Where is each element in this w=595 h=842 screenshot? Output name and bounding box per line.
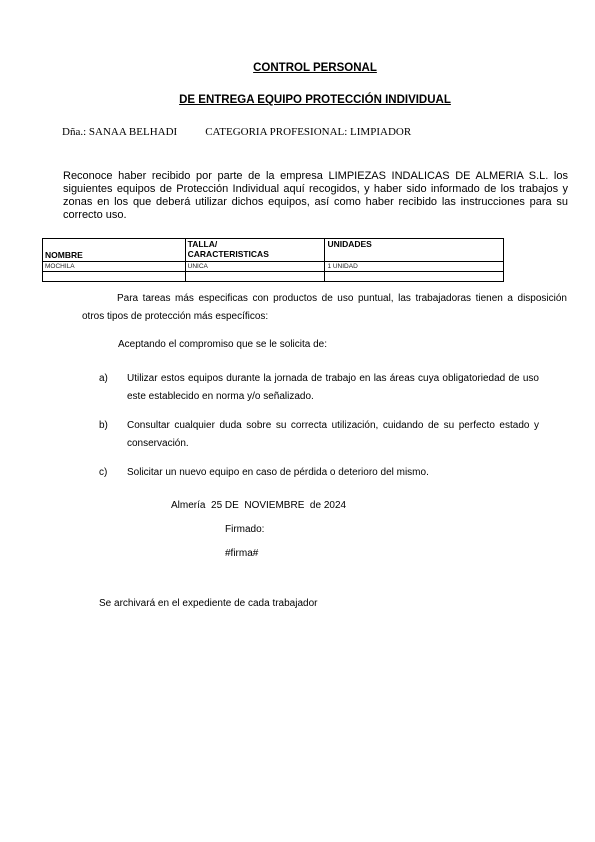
table-row: MOCHILA UNICA 1 UNIDAD xyxy=(43,262,504,272)
document-title: CONTROL PERSONAL xyxy=(0,62,595,74)
cell-unidades xyxy=(325,272,504,282)
archive-note: Se archivará en el expediente de cada tr… xyxy=(99,598,317,609)
commitment-text: Solicitar un nuevo equipo en caso de pér… xyxy=(127,464,539,482)
column-header-nombre: NOMBRE xyxy=(43,239,186,262)
ppe-table: NOMBRE TALLA/CARACTERISTICAS UNIDADES MO… xyxy=(42,238,504,282)
commitment-item-c: c) Solicitar un nuevo equipo en caso de … xyxy=(99,464,539,482)
cell-nombre xyxy=(43,272,186,282)
cell-unidades: 1 UNIDAD xyxy=(325,262,504,272)
column-header-talla-line2: CARACTERISTICAS xyxy=(188,249,269,259)
column-header-talla-line1: TALLA/ xyxy=(188,239,218,249)
cell-nombre: MOCHILA xyxy=(43,262,186,272)
table-row xyxy=(43,272,504,282)
commitment-text: Consultar cualquier duda sobre su correc… xyxy=(127,417,539,453)
intro-paragraph: Reconoce haber recibido por parte de la … xyxy=(63,170,568,222)
document-page: CONTROL PERSONAL DE ENTREGA EQUIPO PROTE… xyxy=(0,0,595,842)
cell-talla: UNICA xyxy=(185,262,325,272)
worker-category: CATEGORIA PROFESIONAL: LIMPIADOR xyxy=(205,126,411,138)
commitment-label: c) xyxy=(99,464,107,482)
cell-talla xyxy=(185,272,325,282)
column-header-talla: TALLA/CARACTERISTICAS xyxy=(185,239,325,262)
place-date: Almería 25 DE NOVIEMBRE de 2024 xyxy=(171,500,346,511)
commitment-item-a: a) Utilizar estos equipos durante la jor… xyxy=(99,370,539,406)
worker-info: Dña.: SANAA BELHADICATEGORIA PROFESIONAL… xyxy=(62,126,411,138)
specific-protection-paragraph: Para tareas más especificas con producto… xyxy=(82,290,567,326)
worker-name: Dña.: SANAA BELHADI xyxy=(62,126,177,138)
signature-placeholder: #firma# xyxy=(225,548,258,559)
column-header-unidades: UNIDADES xyxy=(325,239,504,262)
commitment-label: b) xyxy=(99,417,108,435)
commitment-text: Utilizar estos equipos durante la jornad… xyxy=(127,370,539,406)
signed-label: Firmado: xyxy=(225,524,264,535)
commitment-label: a) xyxy=(99,370,108,388)
document-subtitle: DE ENTREGA EQUIPO PROTECCIÓN INDIVIDUAL xyxy=(0,94,595,106)
commitment-intro: Aceptando el compromiso que se le solici… xyxy=(118,339,327,350)
specific-protection-text: Para tareas más especificas con producto… xyxy=(82,293,567,322)
commitment-item-b: b) Consultar cualquier duda sobre su cor… xyxy=(99,417,539,453)
table-header-row: NOMBRE TALLA/CARACTERISTICAS UNIDADES xyxy=(43,239,504,262)
